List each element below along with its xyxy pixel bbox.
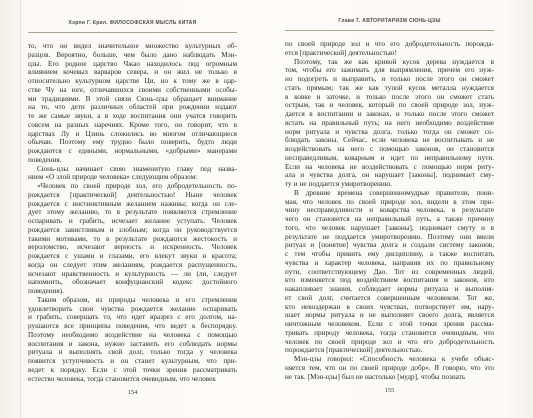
text-line: то, что он видел значительное множество …: [28, 42, 237, 51]
text-line: цзы. Его родное царство Чжао находилось …: [28, 60, 237, 69]
header-rule-right: [285, 30, 494, 31]
text-line: на то, что дети различных областей при р…: [28, 103, 237, 112]
left-page: Хэрли Г. Крил. ФИЛОСОФСКАЯ МЫСЛЬ КИТАЯ т…: [28, 20, 237, 396]
text-line: кто изменяется под воздействием воспитан…: [285, 276, 494, 285]
text-line: несправедливым, коварным и идет по непра…: [285, 154, 494, 163]
text-line: блюдать законы. Сейчас, если человека не…: [285, 136, 494, 145]
paragraph: Таким образом, из природы человека и его…: [28, 296, 237, 384]
text-line: Сюнь-цзы начинает свою знаменитую главу …: [28, 165, 237, 174]
text-line: такими мотивами, то в результате рождают…: [28, 235, 237, 244]
text-line: ритуал и [понятие] чувства долга и созда…: [285, 241, 494, 250]
text-line: мая, что человек по своей природе зол, в…: [285, 198, 494, 207]
text-line: Поэтому необходимо воздействие на челове…: [28, 331, 237, 340]
text-line: Если на человека не воздействовать с пом…: [285, 163, 494, 172]
text-line: чину несправедливости и коварства челове…: [285, 206, 494, 215]
right-page-text: по своей природе зол и что его добродете…: [285, 40, 494, 381]
text-line: рождается завистливым и злобным; когда о…: [28, 226, 237, 235]
text-line: не так. [Мэн-цзы] был не настолько [мудр…: [285, 373, 494, 382]
text-line: по своей природе зол и что его добродете…: [285, 40, 494, 49]
text-line: чувства и характер человека, направив их…: [285, 259, 494, 268]
paragraph: по своей природе зол и что его добродете…: [285, 40, 494, 58]
text-line: рождается с инстинктивным желанием нажив…: [28, 200, 237, 209]
paragraph: то, что он видел значительное множество …: [28, 42, 237, 165]
text-line: рождаются с едиными, нормальными, «добры…: [28, 147, 237, 156]
text-line: шает нормы ритуала и не выполняет своего…: [285, 311, 494, 320]
text-line: дается в воспитании и законах, и только …: [285, 110, 494, 119]
text-line: человек по своей природе зол и что его д…: [285, 338, 494, 347]
text-line: поведения.: [28, 156, 237, 165]
text-line: ритуала и выполнять свой долг, только то…: [28, 348, 237, 357]
text-line: пути, соответствующему Дао. Тот из совре…: [285, 268, 494, 277]
paragraph: Сюнь-цзы начинает свою знаменитую главу …: [28, 165, 237, 183]
text-line: напомнить, обозначает конфуцианский коде…: [28, 278, 237, 287]
text-line: «Человек по своей природе зол, его добро…: [28, 182, 237, 191]
text-line: воздействовать на него с помощью законов…: [285, 145, 494, 154]
text-line: встать на правильный путь; на него необх…: [285, 119, 494, 128]
text-line: норм ритуала и чувства долга, только тог…: [285, 128, 494, 137]
text-line: Мэн-цзы говорил: «Способность человека к…: [285, 355, 494, 364]
text-line: рождается с ушами и глазами, его влекут …: [28, 252, 237, 261]
text-line: появится уступчивость и он станет культу…: [28, 357, 237, 366]
text-line: В древние времена совершенномудрые прави…: [285, 189, 494, 198]
text-line: воспитания и закона, нужно заставить его…: [28, 340, 237, 349]
text-line: но подогреть и выправить, и только после…: [285, 75, 494, 84]
text-line: поведения).: [28, 287, 237, 296]
text-line: тривать природу человека, тогда становит…: [285, 329, 494, 338]
page-number-right: 155: [285, 387, 494, 394]
page-number-left: 154: [28, 389, 237, 396]
text-line: кто невоздержан в своих чувствах, потвор…: [285, 303, 494, 312]
paragraph: Поэтому, так же как кривой кусок дерева …: [285, 58, 494, 189]
text-line: царствах Лу и Цзинь сложились во многом …: [28, 130, 237, 139]
text-line: рождается [практической] деятельностью! …: [28, 191, 237, 200]
paragraph: «Человек по своей природе зол, его добро…: [28, 182, 237, 296]
text-line: те же самые звуки, а в ходе воспитания о…: [28, 112, 237, 121]
page-edge-line: [20, 0, 21, 418]
text-line: том, чтобы его зажимать для выпрямления,…: [285, 66, 494, 75]
text-line: относительно культурном царстве Ци, но к…: [28, 77, 237, 86]
text-line: нием «О злой природе человека» следующим…: [28, 173, 237, 182]
text-line: ала и чувства долга, он нарушает [законы…: [285, 171, 494, 180]
text-line: накапливает знания, соблюдает нормы риту…: [285, 285, 494, 294]
text-line: когда он следует этим желаниям, рождаетс…: [28, 261, 237, 270]
text-line: рушаются все принципы поведения, что вед…: [28, 322, 237, 331]
text-line: чего он становится на неправильный путь,…: [285, 215, 494, 224]
right-page: Глава 7. АВТОРИТАРИЗМ СЮНЬ-ЦЗЫ по своей …: [285, 18, 494, 394]
text-line: разцов. Вероятно, больше, чем было дано …: [28, 51, 237, 60]
text-line: с тем чтобы привить ему дисциплину, а та…: [285, 250, 494, 259]
header-rule-left: [28, 32, 237, 33]
paragraph: В древние времена совершенномудрые прави…: [285, 189, 494, 355]
running-header-right: Глава 7. АВТОРИТАРИЗМ СЮНЬ-ЦЗЫ: [285, 18, 494, 24]
text-line: исчезают нравственность и культурность —…: [28, 270, 237, 279]
text-line: порождается [практической] деятельностью…: [285, 346, 494, 355]
text-line: стве Чу на юге, отличавшихся своими собс…: [28, 86, 237, 95]
text-line: ется [практической] деятельностью!: [285, 49, 494, 58]
paragraph: Мэн-цзы говорил: «Способность человека к…: [285, 355, 494, 381]
text-line: того, что человек нарушает [законы], под…: [285, 224, 494, 233]
text-line: ведет к порядку. Если с этой точки зрени…: [28, 366, 237, 375]
text-line: Таким образом, из природы человека и его…: [28, 296, 237, 305]
text-line: дует этому желанию, то в результате появ…: [28, 208, 237, 217]
left-page-text: то, что он видел значительное множество …: [28, 42, 237, 383]
text-line: влиянием кочевых варваров севера, и он ж…: [28, 68, 237, 77]
text-line: оспаривать и грабить, исчезает желание у…: [28, 217, 237, 226]
text-line: естество человека, тогда становится очев…: [28, 375, 237, 384]
text-line: ет свой долг, считается совершенным чело…: [285, 294, 494, 303]
text-line: совсем на разных наречиях. Кроме того, о…: [28, 121, 237, 130]
text-line: няется тем, что он по своей природе добр…: [285, 364, 494, 373]
text-line: Поэтому, так же как кривой кусок дерева …: [285, 58, 494, 67]
text-line: и грабить, совершать то, что идет вразре…: [28, 313, 237, 322]
book-spread: Хэрли Г. Крил. ФИЛОСОФСКАЯ МЫСЛЬ КИТАЯ т…: [0, 0, 533, 418]
running-header-left: Хэрли Г. Крил. ФИЛОСОФСКАЯ МЫСЛЬ КИТАЯ: [28, 20, 237, 26]
text-line: ту и не поддается умиротворению.: [285, 180, 494, 189]
text-line: острым, так и человек, который по своей …: [285, 101, 494, 110]
text-line: ми традициями. В этой связи Сюнь-цзы обр…: [28, 95, 237, 104]
text-line: вероломство, исчезают верность и искренн…: [28, 243, 237, 252]
text-line: стать прямым; так же как тупой кусок мет…: [285, 84, 494, 93]
text-line: обычаи. Поэтому ему трудно было поверить…: [28, 138, 237, 147]
text-line: результате не поддается умиротворению. П…: [285, 233, 494, 242]
text-line: в ковке и заточке, и только после этого …: [285, 93, 494, 102]
text-line: ничтожным человеком. Если с этой точки з…: [285, 320, 494, 329]
text-line: удовлетворить свои чувства рождается жел…: [28, 305, 237, 314]
